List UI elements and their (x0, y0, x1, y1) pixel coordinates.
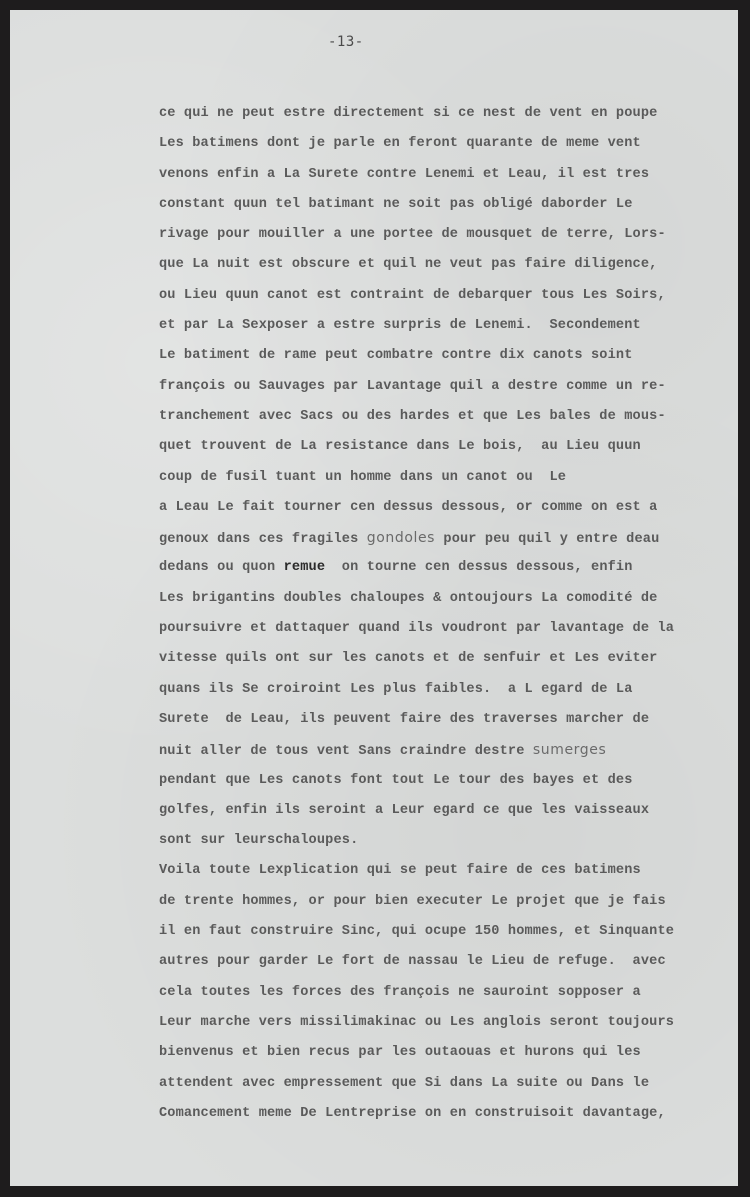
text-line: a Leau Le fait tourner cen dessus dessou… (159, 493, 739, 523)
text-line: et par La Sexposer a estre surpris de Le… (159, 311, 739, 341)
text-line: Le batiment de rame peut combatre contre… (159, 341, 739, 371)
text-line: bienvenus et bien recus par les outaouas… (159, 1038, 739, 1068)
text-line: quans ils Se croiroint Les plus faibles.… (159, 675, 739, 705)
text-line: Les batimens dont je parle en feront qua… (159, 129, 739, 159)
text-line: genoux dans ces fragiles gondoles pour p… (159, 523, 739, 553)
text-line: attendent avec empressement que Si dans … (159, 1069, 739, 1099)
text-line: tranchement avec Sacs ou des hardes et q… (159, 402, 739, 432)
text-line: de trente hommes, or pour bien executer … (159, 887, 739, 917)
text-line: quet trouvent de La resistance dans Le b… (159, 432, 739, 462)
text-line: Leur marche vers missilimakinac ou Les a… (159, 1008, 739, 1038)
line-segment: dedans ou quon (159, 560, 284, 575)
text-line: Voila toute Lexplication qui se peut fai… (159, 856, 739, 886)
text-line: il en faut construire Sinc, qui ocupe 15… (159, 917, 739, 947)
text-line: Surete de Leau, ils peuvent faire des tr… (159, 705, 739, 735)
handwritten-insertion: sumerges (533, 742, 607, 758)
text-line: constant quun tel batimant ne soit pas o… (159, 190, 739, 220)
text-line: poursuivre et dattaquer quand ils voudro… (159, 614, 739, 644)
text-line: nuit aller de tous vent Sans craindre de… (159, 735, 739, 765)
text-line: dedans ou quon remue on tourne cen dessu… (159, 553, 739, 583)
document-page: -13- ce qui ne peut estre directement si… (10, 10, 738, 1186)
line-segment: nuit aller de tous vent Sans craindre de… (159, 744, 533, 759)
line-segment: on tourne cen dessus dessous, enfin (325, 560, 632, 575)
typed-body-text: ce qui ne peut estre directement si ce n… (159, 99, 739, 1129)
text-line: rivage pour mouiller a une portee de mou… (159, 220, 739, 250)
text-line: Comancement meme De Lentreprise on en co… (159, 1099, 739, 1129)
text-line: coup de fusil tuant un homme dans un can… (159, 463, 739, 493)
text-line: sont sur leurschaloupes. (159, 826, 739, 856)
text-line: cela toutes les forces des françois ne s… (159, 978, 739, 1008)
text-line: ou Lieu quun canot est contraint de deba… (159, 281, 739, 311)
text-line: françois ou Sauvages par Lavantage quil … (159, 372, 739, 402)
handwritten-insertion: gondoles (367, 530, 435, 546)
line-segment: genoux dans ces fragiles (159, 532, 367, 547)
text-line: que La nuit est obscure et quil ne veut … (159, 250, 739, 280)
text-line: venons enfin a La Surete contre Lenemi e… (159, 160, 739, 190)
text-line: golfes, enfin ils seroint a Leur egard c… (159, 796, 739, 826)
line-segment: pour peu quil y entre deau (435, 532, 659, 547)
text-line: Les brigantins doubles chaloupes & ontou… (159, 584, 739, 614)
page-number: -13- (328, 34, 364, 50)
text-line: pendant que Les canots font tout Le tour… (159, 766, 739, 796)
text-line: autres pour garder Le fort de nassau le … (159, 947, 739, 977)
text-line: ce qui ne peut estre directement si ce n… (159, 99, 739, 129)
retyped-word: remue (284, 560, 326, 575)
text-line: vitesse quils ont sur les canots et de s… (159, 644, 739, 674)
